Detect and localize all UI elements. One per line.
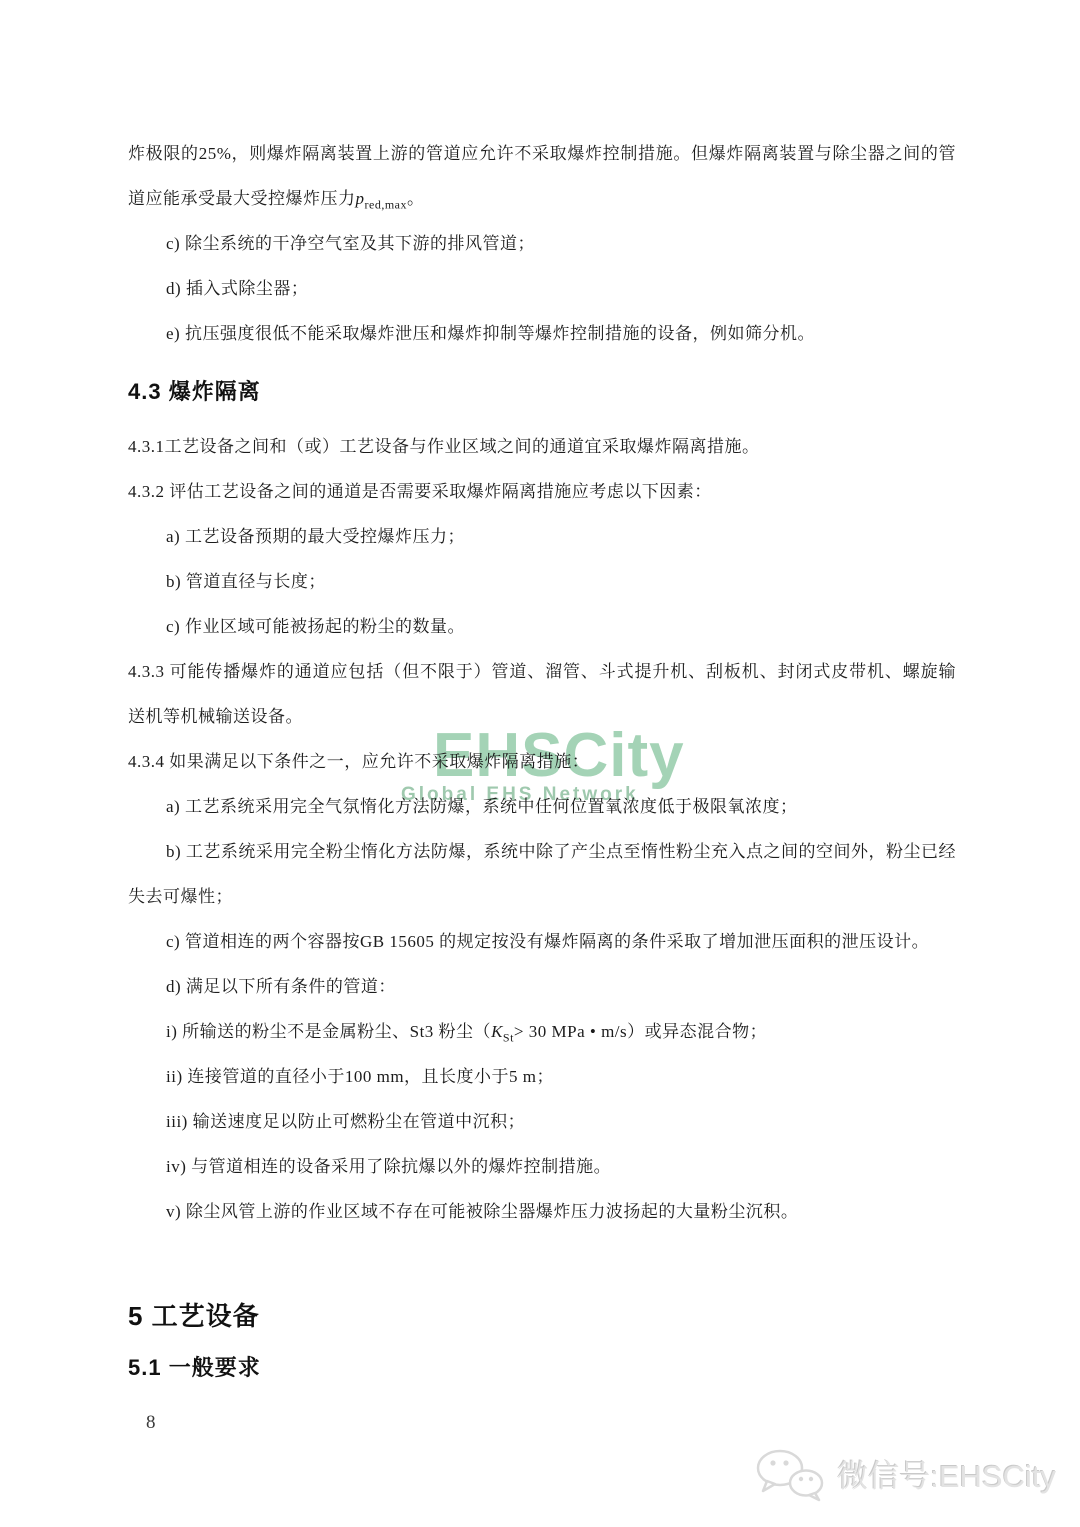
para-4-3-4: 4.3.4 如果满足以下条件之一，应允许不采取爆炸隔离措施： bbox=[128, 739, 956, 784]
subscript-red-max: red,max bbox=[365, 197, 407, 211]
wechat-icon bbox=[753, 1443, 827, 1503]
list-item-434-a: a) 工艺系统采用完全气氛惰化方法防爆，系统中任何位置氧浓度低于极限氧浓度； bbox=[128, 784, 956, 829]
variable-k: K bbox=[491, 1022, 503, 1041]
wechat-id-label: 微信号:EHSCity bbox=[837, 1451, 1056, 1496]
document-body: 炸极限的25%，则爆炸隔离装置上游的管道应允许不采取爆炸控制措施。但爆炸隔离装置… bbox=[128, 131, 956, 1390]
list-item-c-dust-system: c) 除尘系统的干净空气室及其下游的排风管道； bbox=[128, 221, 956, 266]
document-page: EHSCity Global EHS Network 炸极限的25%，则爆炸隔离… bbox=[0, 0, 1080, 1527]
list-item-e-low-strength: e) 抗压强度很低不能采取爆炸泄压和爆炸抑制等爆炸控制措施的设备，例如筛分机。 bbox=[128, 311, 956, 356]
section-heading-4-3: 4.3 爆炸隔离 bbox=[128, 369, 956, 414]
list-item-432-b: b) 管道直径与长度； bbox=[128, 559, 956, 604]
page-number: 8 bbox=[146, 1412, 156, 1434]
list-item-434-b: b) 工艺系统采用完全粉尘惰化方法防爆，系统中除了产尘点至惰性粉尘充入点之间的空… bbox=[128, 829, 956, 919]
list-item-roman-ii: ii) 连接管道的直径小于100 mm，且长度小于5 m； bbox=[128, 1054, 956, 1099]
list-item-432-a: a) 工艺设备预期的最大受控爆炸压力； bbox=[128, 514, 956, 559]
wechat-footer: 微信号:EHSCity bbox=[753, 1443, 1056, 1503]
section-heading-5-1: 5.1 一般要求 bbox=[128, 1345, 956, 1390]
section-heading-5: 5 工艺设备 bbox=[128, 1291, 956, 1341]
list-item-434-d: d) 满足以下所有条件的管道： bbox=[128, 964, 956, 1009]
list-item-roman-iii: iii) 输送速度足以防止可燃粉尘在管道中沉积； bbox=[128, 1099, 956, 1144]
para-overflow-period: 。 bbox=[407, 189, 425, 208]
para-4-3-2: 4.3.2 评估工艺设备之间的通道是否需要采取爆炸隔离措施应考虑以下因素： bbox=[128, 469, 956, 514]
list-item-432-c: c) 作业区域可能被扬起的粉尘的数量。 bbox=[128, 604, 956, 649]
list-item-434-c: c) 管道相连的两个容器按GB 15605 的规定按没有爆炸隔离的条件采取了增加… bbox=[128, 919, 956, 964]
roman-i-tail: > 30 MPa • m/s）或异态混合物； bbox=[514, 1022, 767, 1041]
subscript-st: St bbox=[503, 1030, 514, 1044]
para-4-3-1: 4.3.1工艺设备之间和（或）工艺设备与作业区域之间的通道宜采取爆炸隔离措施。 bbox=[128, 424, 956, 469]
list-item-d-insert-collector: d) 插入式除尘器； bbox=[128, 266, 956, 311]
list-item-roman-i: i) 所输送的粉尘不是金属粉尘、St3 粉尘（KSt> 30 MPa • m/s… bbox=[128, 1009, 956, 1054]
para-4-3-3: 4.3.3 可能传播爆炸的通道应包括（但不限于）管道、溜管、斗式提升机、刮板机、… bbox=[128, 649, 956, 739]
para-overflow-pred-max: 炸极限的25%，则爆炸隔离装置上游的管道应允许不采取爆炸控制措施。但爆炸隔离装置… bbox=[128, 131, 956, 221]
list-item-roman-v: v) 除尘风管上游的作业区域不存在可能被除尘器爆炸压力波扬起的大量粉尘沉积。 bbox=[128, 1189, 956, 1234]
variable-p: p bbox=[356, 189, 365, 208]
para-overflow-text: 炸极限的25%，则爆炸隔离装置上游的管道应允许不采取爆炸控制措施。但爆炸隔离装置… bbox=[128, 144, 956, 208]
list-item-roman-iv: iv) 与管道相连的设备采用了除抗爆以外的爆炸控制措施。 bbox=[128, 1144, 956, 1189]
roman-i-text: i) 所输送的粉尘不是金属粉尘、St3 粉尘（ bbox=[166, 1022, 491, 1041]
